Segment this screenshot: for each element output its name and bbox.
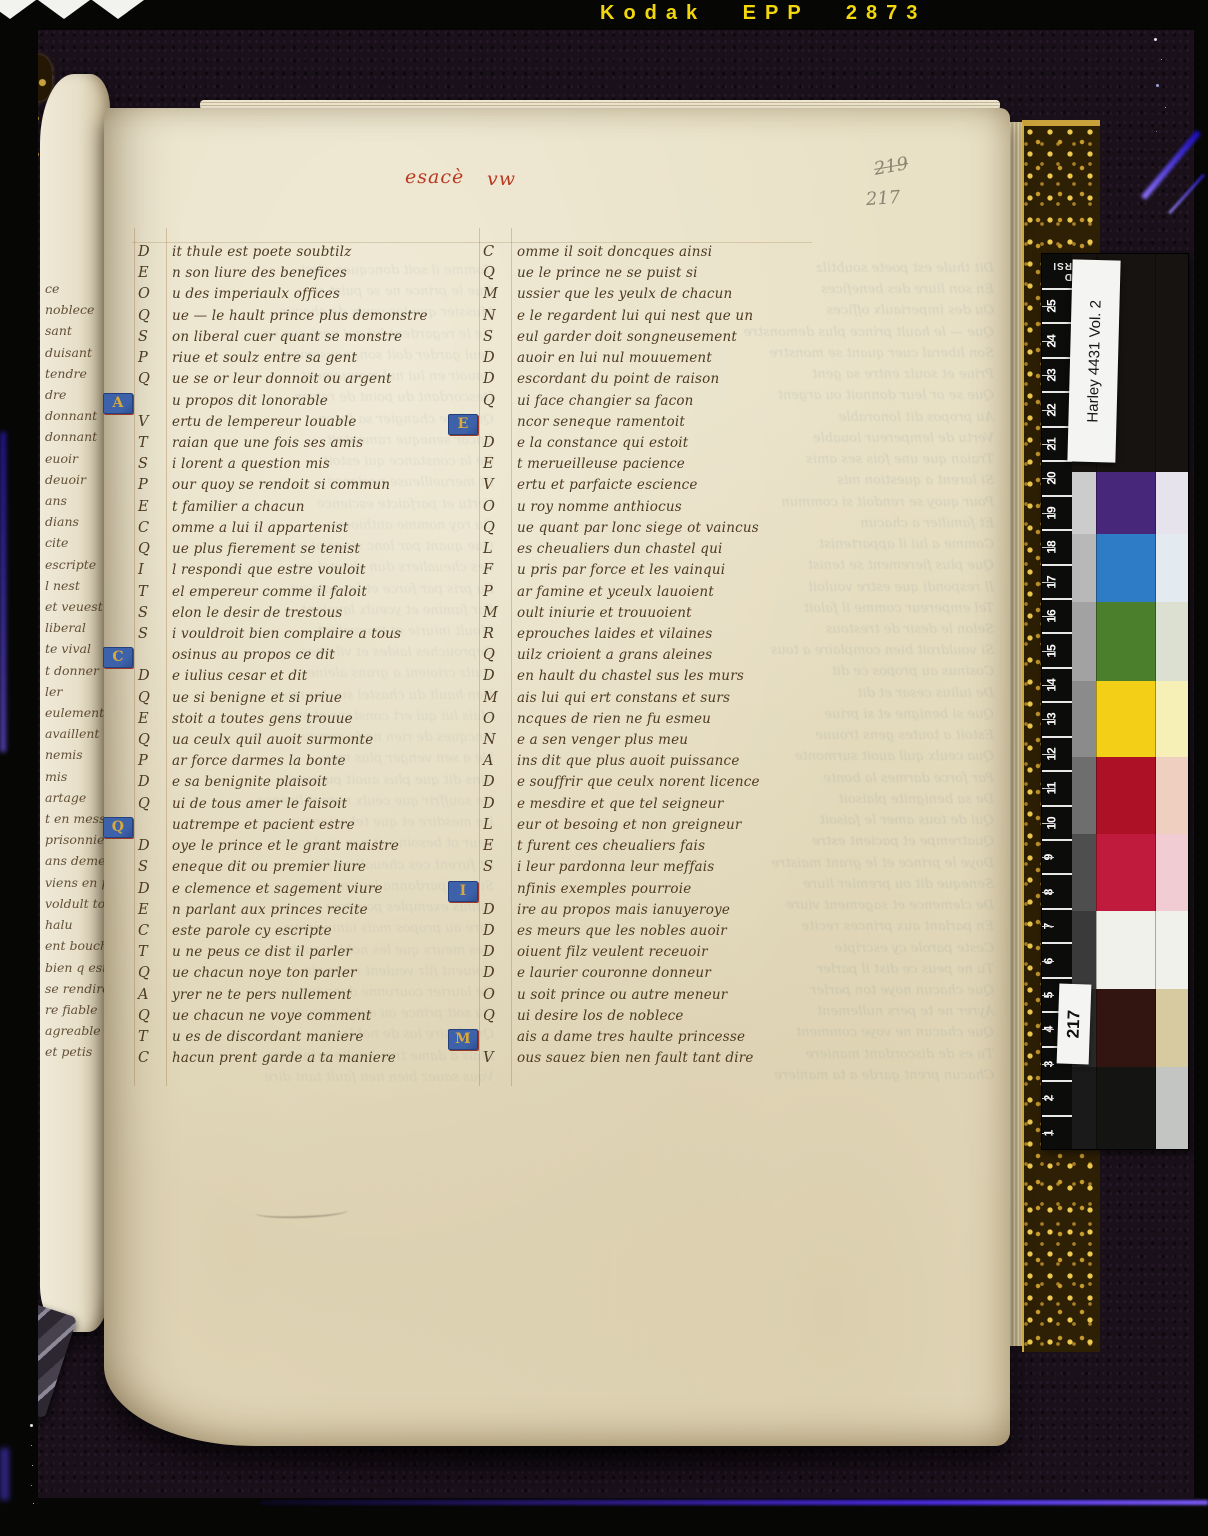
verse-line: Den hault du chastel sus les murs: [481, 668, 826, 689]
line-text: on liberal cuer quant se monstre: [172, 329, 402, 345]
verse-line: Par force darmes la bonte: [136, 753, 481, 774]
verse-line: Ou soit prince ou autre meneur: [481, 987, 826, 1008]
patch-white: [1096, 911, 1156, 989]
line-initial: P: [136, 350, 172, 366]
shelfmark-label: Harley 4431 Vol. 2: [1067, 259, 1120, 462]
ruler-tick: 12: [1042, 736, 1072, 770]
line-initial: E: [481, 456, 517, 472]
ruler-tick: 20: [1042, 460, 1072, 494]
ruler-tick: 24: [1042, 322, 1072, 356]
text-fragment: euoir: [42, 448, 108, 469]
verse-line: En parlant aux princes recite: [136, 902, 481, 923]
text-fragment: availlent: [42, 723, 108, 744]
verse-line: Moult iniurie et trouuoient: [481, 605, 826, 626]
verse-line: Que plus fierement se tenist: [136, 541, 481, 562]
tint-purple: [1156, 472, 1188, 534]
line-text: e a sen venger plus meu: [517, 732, 688, 748]
verse-line: Si lorent a question mis: [136, 456, 481, 477]
patch-red: [1096, 757, 1156, 834]
line-text: i vouldroit bien complaire a tous: [172, 626, 401, 642]
verse-line: Dauoir en lui nul mouuement: [481, 350, 826, 371]
ruler-number: 10: [1045, 816, 1059, 829]
color-patch-row: [1072, 602, 1188, 681]
gray-step: [1072, 757, 1096, 834]
line-text: eprouches laides et vilaines: [517, 626, 712, 642]
gray-step: [1072, 472, 1096, 534]
verse-line: De la constance qui estoit: [481, 435, 826, 456]
line-text: ussier que les yeulx de chacun: [517, 286, 732, 302]
line-initial: D: [481, 774, 517, 790]
text-fragment: ce: [42, 278, 108, 299]
illuminated-initial: E: [448, 414, 478, 435]
ruler-tick: 8: [1042, 873, 1072, 907]
verse-line: Comme il soit doncques ainsi: [481, 244, 826, 265]
folio-label: 217: [1057, 983, 1092, 1064]
ruler-tick: 13: [1042, 701, 1072, 735]
line-text: riue et soulz entre sa gent: [172, 350, 357, 366]
verse-line: Doiuent filz veulent receuoir: [481, 944, 826, 965]
line-text: u es de discordant maniere: [172, 1029, 364, 1045]
line-initial: D: [136, 244, 172, 260]
verse-line: Descordant du point de raison: [481, 371, 826, 392]
tint-crimson: [1156, 834, 1188, 911]
line-initial: C: [136, 520, 172, 536]
ruler-number: 21: [1045, 437, 1059, 450]
line-initial: O: [481, 499, 517, 515]
text-fragment: duisant: [42, 342, 108, 363]
illuminated-initial: I: [448, 881, 478, 902]
film-edge-left: [0, 28, 38, 1500]
ruler-number: 24: [1045, 334, 1059, 347]
ruler-number: 12: [1045, 747, 1059, 760]
text-fragment: eulement: [42, 702, 108, 723]
verse-line: De sa benignite plaisoit: [136, 774, 481, 795]
line-text: u des imperiaulx offices: [172, 286, 340, 302]
verse-line: Seneque dit ou premier liure: [136, 859, 481, 880]
line-text: e laurier couronne donneur: [517, 965, 711, 981]
ruler-tick: 2: [1042, 1080, 1072, 1114]
text-fragment: dians: [42, 511, 108, 532]
line-text: i leur pardonna leur meffais: [517, 859, 714, 875]
illuminated-initial: Q: [103, 817, 133, 838]
verse-line: Au propos dit lonorable: [136, 393, 481, 414]
verse-line: Que si benigne et si priue: [136, 690, 481, 711]
ruler-number: 6: [1041, 957, 1055, 964]
film-notch: [0, 0, 36, 19]
line-initial: Q: [481, 265, 517, 281]
line-initial: O: [481, 987, 517, 1003]
verse-line: Ou roy nomme anthiocus: [481, 499, 826, 520]
line-text: ire au propos mais ianuyeroye: [517, 902, 730, 918]
line-text: stoit a toutes gens trouue: [172, 711, 353, 727]
line-text: uatrempe et pacient estre: [172, 817, 355, 833]
line-text: u roy nomme anthiocus: [517, 499, 682, 515]
verse-line: Et furent ces cheualiers fais: [481, 838, 826, 859]
patch-brown: [1096, 989, 1156, 1067]
line-text: omme il soit doncques ainsi: [517, 244, 712, 260]
line-text: ertu de lempereur louable: [172, 414, 357, 430]
line-initial: Q: [136, 965, 172, 981]
illuminated-initial: A: [103, 393, 133, 414]
verse-line: Quatrempe et pacient estre: [136, 817, 481, 838]
text-fragment: nemis: [42, 744, 108, 765]
verse-line: Que — le hault prince plus demonstre: [136, 308, 481, 329]
line-initial: P: [136, 477, 172, 493]
ruler-tick: 19: [1042, 495, 1072, 529]
previous-folio-edge: cenoblecesantduisanttendredredonnantdonn…: [40, 74, 110, 1332]
line-initial: V: [481, 1050, 517, 1066]
gray-step: [1072, 534, 1096, 602]
film-edge-bottom: [0, 1498, 1208, 1536]
text-fragment: escripte: [42, 554, 108, 575]
line-initial: T: [136, 1029, 172, 1045]
verse-line: Ains dit que plus auoit puissance: [481, 753, 826, 774]
line-initial: D: [481, 965, 517, 981]
ruler-maker-label: D RSI: [1042, 254, 1072, 288]
line-text: ncor seneque ramentoit: [517, 414, 685, 430]
film-brand-label: Kodak EPP 2873: [600, 2, 926, 25]
line-text: omme a lui il appartenist: [172, 520, 349, 536]
color-patch-row: [1072, 757, 1188, 834]
text-fragment: prisonniers: [42, 829, 108, 850]
line-text: raian que une fois ses amis: [172, 435, 363, 451]
line-initial: C: [136, 1050, 172, 1066]
text-fragment: l nest: [42, 575, 108, 596]
tint-green: [1156, 602, 1188, 681]
dust-specks: [1154, 38, 1157, 41]
tint-white: [1156, 911, 1188, 989]
verse-line: Comme a lui il appartenist: [136, 520, 481, 541]
verse-line: Priue et soulz entre sa gent: [136, 350, 481, 371]
text-fragment: deuoir: [42, 469, 108, 490]
verse-line: Chacun prent garde a ta maniere: [136, 1050, 481, 1071]
line-initial: T: [136, 435, 172, 451]
folio-number-struck: 219: [872, 153, 909, 180]
text-fragment: voldult tous: [42, 893, 108, 914]
line-text: l respondi que estre vouloit: [172, 562, 366, 578]
line-text: es cheualiers dun chastel qui: [517, 541, 723, 557]
line-text: ue quant par lonc siege ot vaincus: [517, 520, 759, 536]
verse-line: Qui face changier sa facon: [481, 393, 826, 414]
text-fragment: artage: [42, 787, 108, 808]
line-initial: D: [136, 881, 172, 897]
line-text: e le regardent lui qui nest que un: [517, 308, 753, 324]
line-initial: Q: [136, 796, 172, 812]
line-text: ue chacun ne voye comment: [172, 1008, 372, 1024]
line-text: ue se or leur donnoit ou argent: [172, 371, 392, 387]
line-text: ar famine et yceulx lauoient: [517, 584, 714, 600]
line-initial: S: [481, 859, 517, 875]
ruler-number: 1: [1041, 1129, 1055, 1136]
line-initial: M: [481, 286, 517, 302]
line-initial: T: [136, 584, 172, 600]
ruler-number: 18: [1045, 541, 1059, 554]
verse-line: Tu es de discordant maniere: [136, 1029, 481, 1050]
ruler-number: 7: [1041, 923, 1055, 930]
ruler-tick: 7: [1042, 908, 1072, 942]
ruler-number: 4: [1041, 1026, 1055, 1033]
text-fragment: t donner: [42, 660, 108, 681]
line-initial: S: [136, 605, 172, 621]
ruler-number: 9: [1041, 854, 1055, 861]
manuscript-photograph: cenoblecesantduisanttendredredonnantdonn…: [0, 0, 1208, 1536]
line-text: escordant du point de raison: [517, 371, 719, 387]
ruler-tick: 1: [1042, 1115, 1072, 1149]
line-text: e mesdire et que tel seigneur: [517, 796, 724, 812]
line-text: ertu et parfaicte escience: [517, 477, 698, 493]
verse-line: Des meurs que les nobles auoir: [481, 923, 826, 944]
tint-brown: [1156, 989, 1188, 1067]
verse-line: Que le prince ne se puist si: [481, 265, 826, 286]
text-fragment: viens en puist: [42, 872, 108, 893]
gray-step: [1072, 834, 1096, 911]
text-fragment: ent bouche: [42, 935, 108, 956]
text-column-1: Dit thule est poete soubtilzEn son liure…: [136, 244, 481, 1072]
line-text: ue — le hault prince plus demonstre: [172, 308, 428, 324]
film-edge-right: [1194, 28, 1208, 1500]
line-text: hacun prent garde a ta maniere: [172, 1050, 396, 1066]
ruler-number: 20: [1045, 472, 1059, 485]
ruler-number: 19: [1045, 506, 1059, 519]
line-text: auoir en lui nul mouuement: [517, 350, 712, 366]
verse-line: Son liberal cuer quant se monstre: [136, 329, 481, 350]
line-text: ue le prince ne se puist si: [517, 265, 698, 281]
verse-line: Qui desire los de noblece: [481, 1008, 826, 1029]
verse-line: Que quant par lonc siege ot vaincus: [481, 520, 826, 541]
text-fragment: donnant: [42, 426, 108, 447]
ruler-tick: 15: [1042, 632, 1072, 666]
line-initial: T: [136, 944, 172, 960]
line-text: e sa benignite plaisoit: [172, 774, 327, 790]
verse-line: De mesdire et que tel seigneur: [481, 796, 826, 817]
line-text: eur ot besoing et non greigneur: [517, 817, 742, 833]
line-text: eneque dit ou premier liure: [172, 859, 366, 875]
tint-black-top: [1156, 254, 1188, 472]
line-text: u soit prince ou autre meneur: [517, 987, 727, 1003]
verse-line: Estoit a toutes gens trouue: [136, 711, 481, 732]
text-fragment: mis: [42, 766, 108, 787]
verse-line: Traian que une fois ses amis: [136, 435, 481, 456]
line-text: este parole cy escripte: [172, 923, 332, 939]
line-text: t furent ces cheualiers fais: [517, 838, 705, 854]
line-initial: L: [481, 541, 517, 557]
line-initial: E: [136, 711, 172, 727]
ruler-tick: 6: [1042, 942, 1072, 976]
verse-line: Leur ot besoing et non greigneur: [481, 817, 826, 838]
line-initial: S: [136, 456, 172, 472]
ruler-tick: 16: [1042, 598, 1072, 632]
text-fragment: cite: [42, 532, 108, 553]
text-fragment: halu: [42, 914, 108, 935]
verse-line: Encor seneque ramentoit: [481, 414, 826, 435]
ruler-number: 8: [1041, 888, 1055, 895]
verse-line: Ne a sen venger plus meu: [481, 732, 826, 753]
ruler-number: 15: [1045, 644, 1059, 657]
verse-line: De clemence et sagement viure: [136, 881, 481, 902]
line-text: e iulius cesar et dit: [172, 668, 307, 684]
ruler-tick: 11: [1042, 770, 1072, 804]
verse-line: Quilz crioient a grans aleines: [481, 647, 826, 668]
line-text: e la constance qui estoit: [517, 435, 688, 451]
verse-line: Ayrer ne te pers nullement: [136, 987, 481, 1008]
tint-blue: [1156, 534, 1188, 602]
line-initial: I: [136, 562, 172, 578]
text-fragment: te vival: [42, 638, 108, 659]
line-text: e souffrir que ceulx norent licence: [517, 774, 760, 790]
verse-line: Vertu et parfaicte escience: [481, 477, 826, 498]
color-patch-row: [1072, 834, 1188, 911]
folio-number: 217: [865, 187, 901, 210]
verse-line: Pour quoy se rendoit si commun: [136, 477, 481, 498]
verse-line: Tel empereur comme il faloit: [136, 584, 481, 605]
tint-red: [1156, 757, 1188, 834]
line-initial: O: [136, 286, 172, 302]
verse-line: De iulius cesar et dit: [136, 668, 481, 689]
line-initial: R: [481, 626, 517, 642]
text-fragment: se rendirent: [42, 978, 108, 999]
line-text: u propos dit lonorable: [172, 393, 328, 409]
line-text: ue si benigne et si priue: [172, 690, 342, 706]
verse-line: Mussier que les yeulx de chacun: [481, 286, 826, 307]
text-fragment: tendre: [42, 363, 108, 384]
line-text: ous sauez bien nen fault tant dire: [517, 1050, 754, 1066]
line-initial: D: [481, 923, 517, 939]
line-initial: F: [481, 562, 517, 578]
line-initial: A: [481, 753, 517, 769]
line-text: n parlant aux princes recite: [172, 902, 368, 918]
verse-line: Selon le desir de trestous: [136, 605, 481, 626]
gray-step: [1072, 602, 1096, 681]
verse-line: Il respondi que estre vouloit: [136, 562, 481, 583]
line-text: it thule est poete soubtilz: [172, 244, 352, 260]
ruler-tick: 14: [1042, 667, 1072, 701]
verse-line: Vertu de lempereur louable: [136, 414, 481, 435]
ruler-tick: 17: [1042, 564, 1072, 598]
line-initial: Q: [136, 690, 172, 706]
verse-line: Dire au propos mais ianuyeroye: [481, 902, 826, 923]
line-text: ue chacun noye ton parler: [172, 965, 357, 981]
text-fragment: ler: [42, 681, 108, 702]
line-text: ais lui qui ert constans et surs: [517, 690, 730, 706]
ruler-tick: 23: [1042, 357, 1072, 391]
verse-line: Ne le regardent lui qui nest que un: [481, 308, 826, 329]
line-initial: S: [136, 626, 172, 642]
ruler-tick: 10: [1042, 805, 1072, 839]
line-initial: Q: [136, 371, 172, 387]
line-initial: Q: [481, 1008, 517, 1024]
text-fragment: ans: [42, 490, 108, 511]
line-text: elon le desir de trestous: [172, 605, 343, 621]
line-initial: S: [481, 329, 517, 345]
line-text: our quoy se rendoit si commun: [172, 477, 390, 493]
line-initial: D: [481, 371, 517, 387]
line-initial: M: [481, 690, 517, 706]
line-initial: N: [481, 732, 517, 748]
line-initial: E: [136, 265, 172, 281]
ruler-tick: 25: [1042, 288, 1072, 322]
line-initial: C: [481, 244, 517, 260]
ruler-number: 22: [1045, 403, 1059, 416]
verse-line: Doye le prince et le grant maistre: [136, 838, 481, 859]
ruling-line: [132, 242, 812, 243]
text-fragment: donnant: [42, 405, 108, 426]
line-text: oye le prince et le grant maistre: [172, 838, 399, 854]
line-text: ins dit que plus auoit puissance: [517, 753, 740, 769]
verse-line: Dit thule est poete soubtilz: [136, 244, 481, 265]
ruler-tick: 9: [1042, 839, 1072, 873]
line-initial: Q: [136, 732, 172, 748]
line-text: ui face changier sa facon: [517, 393, 694, 409]
line-text: ue plus fierement se tenist: [172, 541, 360, 557]
verse-line: Et merueilleuse pacience: [481, 456, 826, 477]
text-fragment: noblece: [42, 299, 108, 320]
film-notch: [38, 0, 90, 19]
ruler-number: 5: [1041, 992, 1055, 999]
ruler-maker-text: D RSI: [1042, 260, 1072, 282]
line-initial: D: [481, 668, 517, 684]
verse-line: Oncques de rien ne fu esmeu: [481, 711, 826, 732]
line-text: en hault du chastel sus les murs: [517, 668, 744, 684]
verse-line: Tu ne peus ce dist il parler: [136, 944, 481, 965]
text-fragment: agreable: [42, 1020, 108, 1041]
dust-specks: [30, 1424, 33, 1427]
shelfmark-text: Harley 4431 Vol. 2: [1084, 300, 1104, 423]
line-text: osinus au propos ce dit: [172, 647, 335, 663]
ruler-number: 23: [1045, 368, 1059, 381]
line-initial: N: [481, 308, 517, 324]
ruler-number: 17: [1045, 575, 1059, 588]
line-text: eul garder doit songneusement: [517, 329, 737, 345]
line-initial: D: [481, 796, 517, 812]
line-initial: S: [136, 859, 172, 875]
text-fragment: et petis: [42, 1041, 108, 1062]
folio-label-text: 217: [1064, 1009, 1085, 1038]
tint-black: [1156, 1067, 1188, 1149]
patch-yellow: [1096, 681, 1156, 757]
line-initial: Q: [136, 541, 172, 557]
color-patch-row: [1072, 1067, 1188, 1149]
running-title-left: esacè: [405, 166, 464, 188]
patch-crimson: [1096, 834, 1156, 911]
verse-line: Reprouches laides et vilaines: [481, 626, 826, 647]
ruling-line: [134, 228, 135, 1086]
line-initial: V: [136, 414, 172, 430]
verse-line: Mais a dame tres haulte princesse: [481, 1029, 826, 1050]
ruler-number: 13: [1045, 713, 1059, 726]
line-initial: V: [481, 477, 517, 493]
line-text: u ne peus ce dist il parler: [172, 944, 352, 960]
line-initial: E: [481, 838, 517, 854]
verse-line: Cosinus au propos ce dit: [136, 647, 481, 668]
line-initial: Q: [481, 520, 517, 536]
ruler-number: 25: [1045, 300, 1059, 313]
text-fragment: bien q est en: [42, 957, 108, 978]
verse-line: Et familier a chacun: [136, 499, 481, 520]
gray-step: [1072, 1067, 1096, 1149]
verse-line: Infinis exemples pourroie: [481, 881, 826, 902]
line-text: uilz crioient a grans aleines: [517, 647, 712, 663]
ruler-number: 16: [1045, 609, 1059, 622]
verse-line: Seul garder doit songneusement: [481, 329, 826, 350]
tint-yellow: [1156, 681, 1188, 757]
line-text: ui de tous amer le faisoit: [172, 796, 347, 812]
line-initial: O: [481, 711, 517, 727]
ruler-number: 11: [1044, 782, 1058, 795]
line-text: ncques de rien ne fu esmeu: [517, 711, 711, 727]
line-initial: M: [481, 605, 517, 621]
color-patch-row: [1072, 911, 1188, 989]
line-initial: D: [136, 838, 172, 854]
